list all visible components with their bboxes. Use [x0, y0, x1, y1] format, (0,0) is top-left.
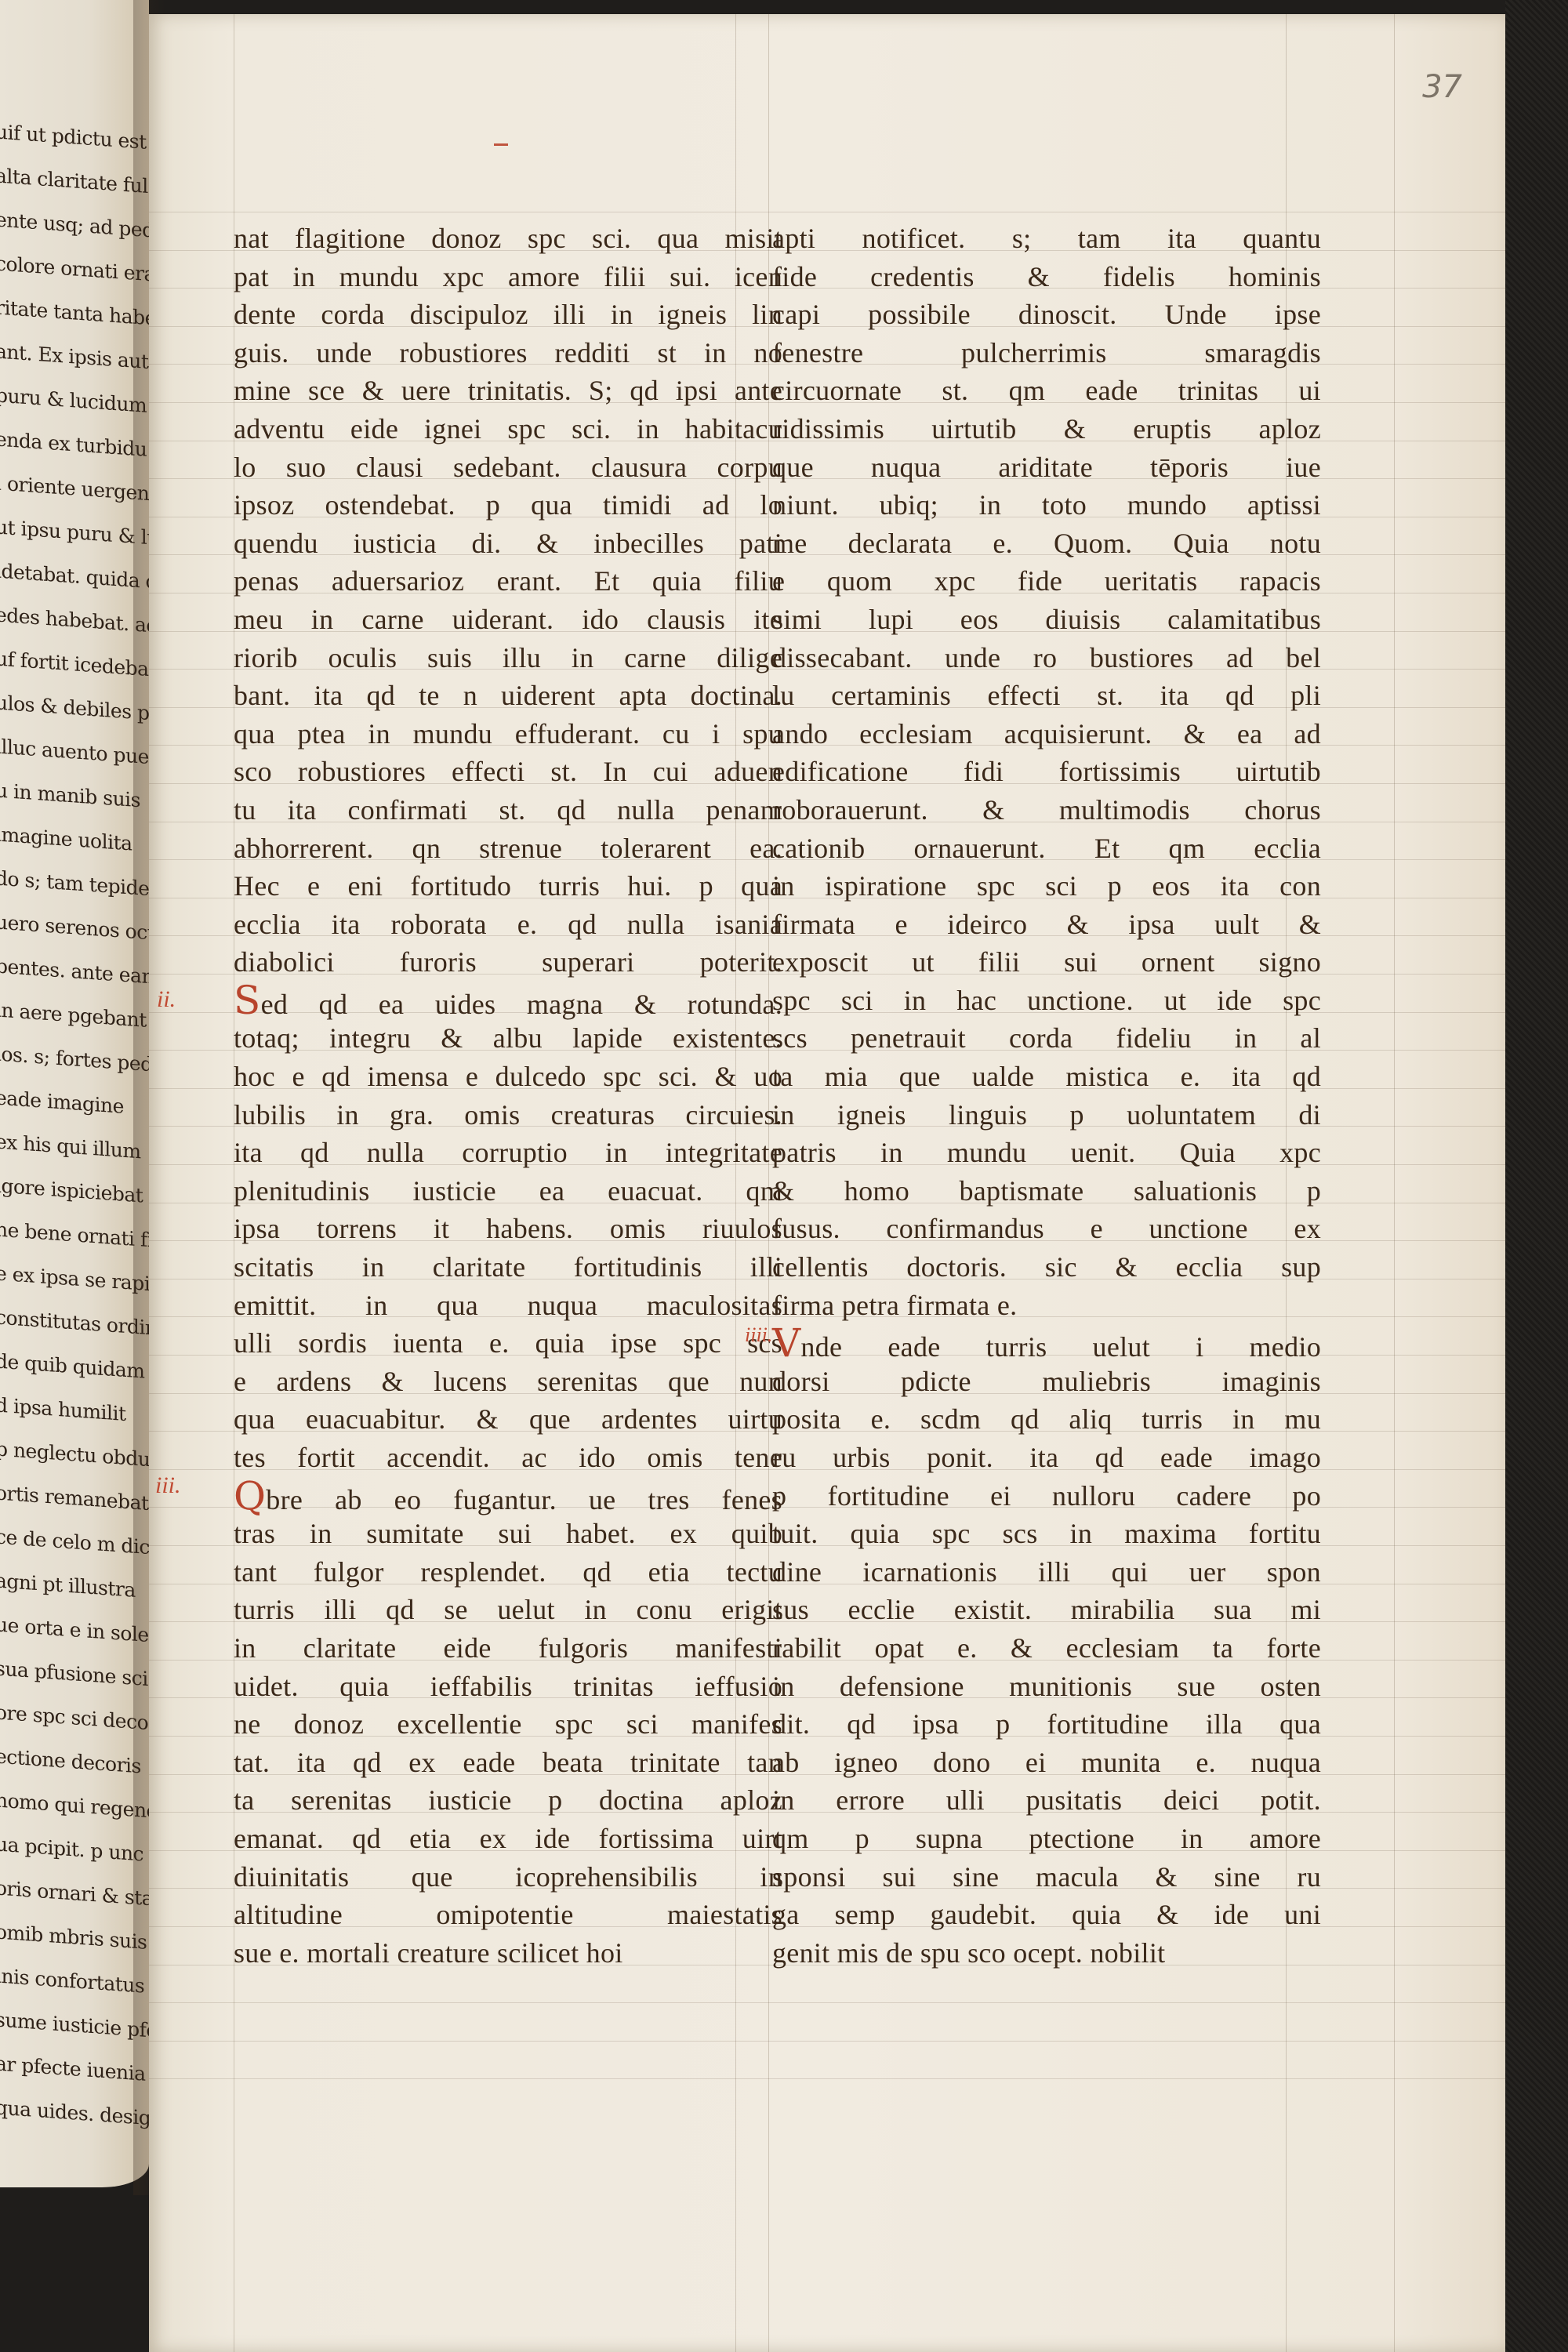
- text-line: guis. unde robustiores redditi st in no: [234, 334, 782, 372]
- text-line: apti notificet. s; tam ita quantu: [772, 220, 1321, 258]
- text-line: emanat. qd etia ex ide fortissima uirt: [234, 1820, 782, 1858]
- ruling-line: [149, 212, 1505, 212]
- marginal-numeral-ii: ii.: [157, 986, 176, 1013]
- text-line: sus ecclie existit. mirabilia sua mi: [772, 1591, 1321, 1629]
- text-line: Vnde eade turris uelut i medio: [772, 1324, 1321, 1363]
- text-line: fusus. confirmandus e unctione ex: [772, 1210, 1321, 1248]
- text-line-content: lo suo clausi sedebant. clausura corpu: [234, 452, 782, 483]
- text-line-content: turris illi qd se uelut in conu erigit: [234, 1594, 782, 1625]
- text-line-content: lubilis in gra. omis creaturas circuies.: [234, 1099, 782, 1131]
- text-line-content: ta serenitas iusticie p doctina aploz: [234, 1784, 782, 1816]
- text-line: dine icarnationis illi qui uer spon: [772, 1553, 1321, 1592]
- text-line-content: ta mia que ualde mistica e. ita qd: [772, 1061, 1321, 1092]
- text-line: ne donoz excellentie spc sci manifes: [234, 1705, 782, 1744]
- text-line-content: patris in mundu uenit. Quia xpc: [772, 1137, 1321, 1168]
- text-line-content: fide credentis & fidelis hominis: [772, 261, 1321, 292]
- text-line-content: dit. qd ipsa p fortitudine illa qua: [772, 1708, 1321, 1740]
- text-line: riorib oculis suis illu in carne dilige: [234, 639, 782, 677]
- text-line: tat. ita qd ex eade beata trinitate tan: [234, 1744, 782, 1782]
- text-line: sponsi sui sine macula & sine ru: [772, 1858, 1321, 1896]
- text-line-content: tu ita confirmati st. qd nulla penam: [234, 794, 782, 826]
- text-line-content: ipsoz ostendebat. p qua timidi ad lo: [234, 489, 782, 521]
- text-line: dissecabant. unde ro bustiores ad bel: [772, 639, 1321, 677]
- text-line: Hec e eni fortitudo turris hui. p qua: [234, 867, 782, 906]
- text-line-content: qm p supna ptectione in amore: [772, 1823, 1321, 1854]
- text-line-content: Hec e eni fortitudo turris hui. p qua: [234, 870, 782, 902]
- verso-text-line: ue orta e in sole: [0, 1613, 144, 1646]
- text-line-content: firma petra firmata e.: [772, 1290, 1017, 1321]
- text-line-content: ab igneo dono ei munita e. nuqua: [772, 1747, 1321, 1778]
- text-line: spc sci in hac unctione. ut ide spc: [772, 982, 1321, 1020]
- text-line: turris illi qd se uelut in conu erigit: [234, 1591, 782, 1629]
- text-line: dente corda discipuloz illi in igneis li…: [234, 296, 782, 334]
- text-line-content: tes fortit accendit. ac ido omis tene: [234, 1442, 782, 1473]
- ruling-line: [149, 2041, 1505, 2042]
- verso-text-line: p neglectu obdu: [0, 1437, 144, 1470]
- verso-text-line: los. s; fortes pede: [0, 1042, 144, 1075]
- text-line-content: uidet. quia ieffabilis trinitas ieffusio: [234, 1671, 782, 1702]
- rubricated-initial: V: [772, 1320, 800, 1366]
- verso-text-line: enda ex turbidu: [0, 427, 144, 460]
- text-line-content: emanat. qd etia ex ide fortissima uirt: [234, 1823, 782, 1854]
- text-line-content: me declarata e. Quom. Quia notu: [772, 528, 1321, 559]
- text-line: cationib ornauerunt. Et qm ecclia: [772, 829, 1321, 868]
- text-line: uidet. quia ieffabilis trinitas ieffusio: [234, 1668, 782, 1706]
- text-line: in igneis linguis p uoluntatem di: [772, 1096, 1321, 1134]
- text-line: in defensione munitionis sue osten: [772, 1668, 1321, 1706]
- text-line: lubilis in gra. omis creaturas circuies.: [234, 1096, 782, 1134]
- text-line-content: scs penetrauit corda fideliu in al: [772, 1022, 1321, 1054]
- text-line: in claritate eide fulgoris manifesti: [234, 1629, 782, 1668]
- verso-text-line: ex his qui illum: [0, 1130, 144, 1163]
- text-line-content: ita qd nulla corruptio in integritate: [234, 1137, 782, 1168]
- verso-text-line: ritate tanta haben: [0, 296, 144, 328]
- verso-text-line: puru & lucidum: [0, 383, 144, 416]
- text-line-content: sus ecclie existit. mirabilia sua mi: [772, 1594, 1321, 1625]
- text-line: plenitudinis iusticie ea euacuat. qm: [234, 1172, 782, 1210]
- text-line: firma petra firmata e.: [772, 1287, 1321, 1325]
- marginal-numeral-iii: iii.: [155, 1472, 181, 1499]
- text-line: posita e. scdm qd aliq turris in mu: [772, 1400, 1321, 1439]
- text-line-content: dente corda discipuloz illi in igneis li…: [234, 299, 782, 330]
- text-line: dorsi pdicte muliebris imaginis: [772, 1363, 1321, 1401]
- verso-text-line: sume iusticie pfe: [0, 2008, 144, 2041]
- text-line-content: plenitudinis iusticie ea euacuat. qm: [234, 1175, 782, 1207]
- text-line-content: posita e. scdm qd aliq turris in mu: [772, 1403, 1321, 1435]
- verso-text-line: uf fortit icedebat: [0, 647, 144, 680]
- text-line: sco robustiores effecti st. In cui aduen: [234, 753, 782, 791]
- text-line-content: ando ecclesiam acquisierunt. & ea ad: [772, 718, 1321, 750]
- text-line-content: abhorrerent. qn strenue tolerarent ea.: [234, 833, 782, 864]
- verso-text-line: ente usq; ad pedes: [0, 208, 144, 241]
- text-line-content: cellentis doctoris. sic & ecclia sup: [772, 1251, 1321, 1283]
- text-line: pat in mundu xpc amore filii sui. icen: [234, 258, 782, 296]
- rubricated-initial: Q: [234, 1473, 266, 1519]
- text-line-content: edificatione fidi fortissimis uirtutib: [772, 756, 1321, 787]
- text-line-content: mine sce & uere trinitatis. S; qd ipsi a…: [234, 375, 782, 406]
- text-line: firmata e ideirco & ipsa uult &: [772, 906, 1321, 944]
- verso-text-line: uero serenos ocul: [0, 910, 144, 943]
- verso-text-line: idetabat. quida cla: [0, 559, 144, 592]
- text-line: Sed qd ea uides magna & rotunda.: [234, 982, 782, 1020]
- text-line-content: dine icarnationis illi qui uer spon: [772, 1556, 1321, 1588]
- verso-text-line: oris ornari & sta: [0, 1876, 144, 1909]
- text-line: scitatis in claritate fortitudinis illi: [234, 1248, 782, 1287]
- text-line-content: nde eade turris uelut i medio: [800, 1331, 1321, 1363]
- text-line: dit. qd ipsa p fortitudine illa qua: [772, 1705, 1321, 1744]
- text-line-content: simi lupi eos diuisis calamitatibus: [772, 604, 1321, 635]
- text-line: circuornate st. qm eade trinitas ui: [772, 372, 1321, 410]
- text-line: tant fulgor resplendet. qd etia tectu: [234, 1553, 782, 1592]
- text-line-content: in defensione munitionis sue osten: [772, 1671, 1321, 1702]
- text-line-content: nat flagitione donoz spc sci. qua misit: [234, 223, 782, 254]
- verso-text-line: eade imagine: [0, 1086, 144, 1119]
- text-line-content: tras in sumitate sui habet. ex quib: [234, 1518, 782, 1549]
- text-line-content: & homo baptismate saluationis p: [772, 1175, 1321, 1207]
- verso-text-line: d ipsa humilit: [0, 1393, 144, 1426]
- verso-text-line: constitutas ordin: [0, 1305, 144, 1338]
- text-line: emittit. in qua nuqua maculositas: [234, 1287, 782, 1325]
- verso-text-line: illuc auento pue: [0, 735, 144, 768]
- verso-text-line: lgore ispiciebat: [0, 1174, 144, 1207]
- text-line-content: tat. ita qd ex eade beata trinitate tan: [234, 1747, 782, 1778]
- verso-text-line: do s; tam tepide: [0, 866, 144, 899]
- text-line-content: dissecabant. unde ro bustiores ad bel: [772, 642, 1321, 673]
- text-line: qua euacuabitur. & que ardentes uirtu: [234, 1400, 782, 1439]
- text-line: patris in mundu uenit. Quia xpc: [772, 1134, 1321, 1172]
- text-line-content: dorsi pdicte muliebris imaginis: [772, 1366, 1321, 1397]
- verso-text-line: edes habebat. ac i: [0, 603, 144, 636]
- text-line: ipsoz ostendebat. p qua timidi ad lo: [234, 486, 782, 524]
- text-line-content: rabilit opat e. & ecclesiam ta forte: [772, 1632, 1321, 1664]
- text-line: niunt. ubiq; in toto mundo aptissi: [772, 486, 1321, 524]
- text-line-content: ru urbis ponit. ita qd eade imago: [772, 1442, 1321, 1473]
- text-line-content: scitatis in claritate fortitudinis illi: [234, 1251, 782, 1283]
- text-line-content: quendu iusticia di. & inbecilles pati: [234, 528, 782, 559]
- text-line-content: in ispiratione spc sci p eos ita con: [772, 870, 1321, 902]
- text-line: hoc e qd imensa e dulcedo spc sci. & uo: [234, 1058, 782, 1096]
- text-line-content: diuinitatis que icoprehensibilis in: [234, 1861, 782, 1893]
- text-line: ulli sordis iuenta e. quia ipse spc scs: [234, 1324, 782, 1363]
- rubric-mark: [494, 143, 508, 146]
- text-line-content: pat in mundu xpc amore filii sui. icen: [234, 261, 782, 292]
- text-line: rabilit opat e. & ecclesiam ta forte: [772, 1629, 1321, 1668]
- text-line: sue e. mortali creature scilicet hoi: [234, 1934, 782, 1973]
- text-column-right: apti notificet. s; tam ita quantufide cr…: [772, 220, 1321, 1972]
- text-line: adventu eide ignei spc sci. in habitacu: [234, 410, 782, 448]
- text-line-content: spc sci in hac unctione. ut ide spc: [772, 985, 1321, 1016]
- text-line: tuit. quia spc scs in maxima fortitu: [772, 1515, 1321, 1553]
- text-line: Qbre ab eo fugantur. ue tres fenes: [234, 1477, 782, 1515]
- text-line-content: adventu eide ignei spc sci. in habitacu: [234, 413, 782, 445]
- text-line: quendu iusticia di. & inbecilles pati: [234, 524, 782, 563]
- text-line: e ardens & lucens serenitas que nun: [234, 1363, 782, 1401]
- text-line: ta mia que ualde mistica e. ita qd: [772, 1058, 1321, 1096]
- text-line-content: bant. ita qd te n uiderent apta doctina.: [234, 680, 782, 711]
- verso-text-line: omib mbris suis: [0, 1920, 144, 1953]
- verso-text-line: ectione decoris: [0, 1744, 144, 1777]
- text-line-content: ridissimis uirtutib & eruptis aploz: [772, 413, 1321, 445]
- text-line-content: penas aduersarioz erant. Et quia filiu: [234, 565, 782, 597]
- text-line-content: in errore ulli pusitatis deici potit.: [772, 1784, 1321, 1816]
- text-line: e quom xpc fide ueritatis rapacis: [772, 562, 1321, 601]
- text-line: cellentis doctoris. sic & ecclia sup: [772, 1248, 1321, 1287]
- text-line: & homo baptismate saluationis p: [772, 1172, 1321, 1210]
- text-line-content: tant fulgor resplendet. qd etia tectu: [234, 1556, 782, 1588]
- text-line-content: e ardens & lucens serenitas que nun: [234, 1366, 782, 1397]
- text-line: bant. ita qd te n uiderent apta doctina.: [234, 677, 782, 715]
- text-line-content: sue e. mortali creature scilicet hoi: [234, 1937, 623, 1969]
- text-line-content: que nuqua ariditate tēporis iue: [772, 452, 1321, 483]
- text-line: tes fortit accendit. ac ido omis tene: [234, 1439, 782, 1477]
- text-line-content: circuornate st. qm eade trinitas ui: [772, 375, 1321, 406]
- text-line-content: diabolici furoris superari poterit.: [234, 946, 782, 978]
- text-line: capi possibile dinoscit. Unde ipse: [772, 296, 1321, 334]
- verso-text-line: qua uides. desig: [0, 2096, 144, 2129]
- verso-text-line: ua pcipit. p unc: [0, 1832, 144, 1865]
- verso-text-line: ortis remanebat: [0, 1481, 144, 1514]
- text-line: penas aduersarioz erant. Et quia filiu: [234, 562, 782, 601]
- text-line: me declarata e. Quom. Quia notu: [772, 524, 1321, 563]
- ruling-line: [149, 2002, 1505, 2003]
- text-line: ridissimis uirtutib & eruptis aploz: [772, 410, 1321, 448]
- text-line: que nuqua ariditate tēporis iue: [772, 448, 1321, 487]
- verso-text-line: e ex ipsa se rapien: [0, 1261, 144, 1294]
- text-line: altitudine omipotentie maiestatis: [234, 1896, 782, 1934]
- verso-text-line: l oriente uergent: [0, 471, 144, 504]
- text-line: mine sce & uere trinitatis. S; qd ipsi a…: [234, 372, 782, 410]
- verso-text-line: ulos & debiles pe: [0, 691, 144, 724]
- text-line: ecclia ita roborata e. qd nulla isania: [234, 906, 782, 944]
- verso-text-line: ore spc sci decora: [0, 1700, 144, 1733]
- text-line-content: cationib ornauerunt. Et qm ecclia: [772, 833, 1321, 864]
- verso-text-line: ut ipsu puru & lu: [0, 515, 144, 548]
- verso-text-line: alta claritate fulgen: [0, 164, 144, 197]
- verso-text-line: ce de celo m dicen: [0, 1525, 144, 1558]
- verso-text-line: ant. Ex ipsis aut: [0, 339, 144, 372]
- verso-text-line: sua pfusione sci: [0, 1657, 144, 1690]
- text-line-content: totaq; integru & albu lapide existente.: [234, 1022, 782, 1054]
- text-line: p fortitudine ei nulloru cadere po: [772, 1477, 1321, 1515]
- verso-text-line: ar pfecte iuenia: [0, 2052, 144, 2085]
- verso-text-line: u in manib suis: [0, 779, 144, 811]
- text-line: ita qd nulla corruptio in integritate: [234, 1134, 782, 1172]
- text-line-content: p fortitudine ei nulloru cadere po: [772, 1480, 1321, 1512]
- text-line: in ispiratione spc sci p eos ita con: [772, 867, 1321, 906]
- text-line: scs penetrauit corda fideliu in al: [772, 1019, 1321, 1058]
- text-line-content: meu in carne uiderant. ido clausis ite: [234, 604, 782, 635]
- text-line: exposcit ut filii sui ornent signo: [772, 943, 1321, 982]
- verso-text-line: in aere pgebant: [0, 998, 144, 1031]
- text-line: tu ita confirmati st. qd nulla penam: [234, 791, 782, 829]
- text-line-content: firmata e ideirco & ipsa uult &: [772, 909, 1321, 940]
- text-line-content: in igneis linguis p uoluntatem di: [772, 1099, 1321, 1131]
- text-line-content: guis. unde robustiores redditi st in no: [234, 337, 782, 368]
- text-line: diabolici furoris superari poterit.: [234, 943, 782, 982]
- verso-text-line: homo qui regene: [0, 1788, 144, 1821]
- text-line-content: ipsa torrens it habens. omis riuulos: [234, 1213, 782, 1244]
- text-line: totaq; integru & albu lapide existente.: [234, 1019, 782, 1058]
- text-line: genit mis de spu sco ocept. nobilit: [772, 1934, 1321, 1973]
- text-line-content: ed qd ea uides magna & rotunda.: [261, 989, 782, 1020]
- text-line: qm p supna ptectione in amore: [772, 1820, 1321, 1858]
- text-line-content: ga semp gaudebit. quia & ide uni: [772, 1899, 1321, 1930]
- text-line-content: fusus. confirmandus e unctione ex: [772, 1213, 1321, 1244]
- text-line-content: in claritate eide fulgoris manifesti: [234, 1632, 782, 1664]
- text-line: ru urbis ponit. ita qd eade imago: [772, 1439, 1321, 1477]
- verso-text-line: de quib quidam: [0, 1349, 144, 1382]
- text-line-content: apti notificet. s; tam ita quantu: [772, 223, 1321, 254]
- recto-page: 37 nat flagitione donoz spc sci. qua mis…: [149, 14, 1505, 2352]
- text-line-content: capi possibile dinoscit. Unde ipse: [772, 299, 1321, 330]
- text-line-content: ecclia ita roborata e. qd nulla isania: [234, 909, 782, 940]
- text-line-content: sco robustiores effecti st. In cui aduen: [234, 756, 782, 787]
- text-line: in errore ulli pusitatis deici potit.: [772, 1781, 1321, 1820]
- text-line-content: niunt. ubiq; in toto mundo aptissi: [772, 489, 1321, 521]
- text-line-content: genit mis de spu sco ocept. nobilit: [772, 1937, 1165, 1969]
- text-line: ab igneo dono ei munita e. nuqua: [772, 1744, 1321, 1782]
- text-line-content: ne donoz excellentie spc sci manifes: [234, 1708, 782, 1740]
- text-line-content: bre ab eo fugantur. ue tres fenes: [266, 1484, 782, 1515]
- verso-text-line: colore ornati erat: [0, 252, 144, 285]
- text-line: nat flagitione donoz spc sci. qua misit: [234, 220, 782, 258]
- text-line: edificatione fidi fortissimis uirtutib: [772, 753, 1321, 791]
- text-line: ando ecclesiam acquisierunt. & ea ad: [772, 715, 1321, 753]
- text-line: simi lupi eos diuisis calamitatibus: [772, 601, 1321, 639]
- text-line-content: ulli sordis iuenta e. quia ipse spc scs: [234, 1327, 782, 1359]
- text-line: roborauerunt. & multimodis chorus: [772, 791, 1321, 829]
- text-line: tras in sumitate sui habet. ex quib: [234, 1515, 782, 1553]
- text-line: ga semp gaudebit. quia & ide uni: [772, 1896, 1321, 1934]
- text-line-content: hoc e qd imensa e dulcedo spc sci. & uo: [234, 1061, 782, 1092]
- verso-text-line: uif ut pdictu est: [0, 120, 144, 153]
- text-line-content: emittit. in qua nuqua maculositas: [234, 1290, 782, 1321]
- text-line-content: tuit. quia spc scs in maxima fortitu: [772, 1518, 1321, 1549]
- text-line: ta serenitas iusticie p doctina aploz: [234, 1781, 782, 1820]
- text-line-content: altitudine omipotentie maiestatis: [234, 1899, 782, 1930]
- book-binding: [1505, 0, 1568, 2352]
- folio-number: 37: [1422, 69, 1462, 105]
- verso-text-line: inis confortatus: [0, 1964, 144, 1997]
- text-column-left: nat flagitione donoz spc sci. qua misitp…: [234, 220, 782, 1972]
- text-line-content: qua ptea in mundu effuderant. cu i spu: [234, 718, 782, 750]
- verso-text-line: bentes. ante eande: [0, 954, 144, 987]
- text-line-content: qua euacuabitur. & que ardentes uirtu: [234, 1403, 782, 1435]
- text-line-content: exposcit ut filii sui ornent signo: [772, 946, 1321, 978]
- text-line: abhorrerent. qn strenue tolerarent ea.: [234, 829, 782, 868]
- text-line: fide credentis & fidelis hominis: [772, 258, 1321, 296]
- text-line: lo suo clausi sedebant. clausura corpu: [234, 448, 782, 487]
- text-line-content: lu certaminis effecti st. ita qd pli: [772, 680, 1321, 711]
- text-line-content: e quom xpc fide ueritatis rapacis: [772, 565, 1321, 597]
- text-line: meu in carne uiderant. ido clausis ite: [234, 601, 782, 639]
- text-line-content: sponsi sui sine macula & sine ru: [772, 1861, 1321, 1893]
- text-line-content: fenestre pulcherrimis smaragdis: [772, 337, 1321, 368]
- verso-page-fragment: uif ut pdictu estalta claritate fulgenen…: [0, 0, 149, 2187]
- ruling-line: [149, 2078, 1505, 2079]
- verso-text-line: agni pt illustra: [0, 1569, 144, 1602]
- verso-text-line: ne bene ornati fi: [0, 1218, 144, 1250]
- marginal-numeral-iiii: iiii.: [745, 1323, 772, 1347]
- text-line: diuinitatis que icoprehensibilis in: [234, 1858, 782, 1896]
- text-line: lu certaminis effecti st. ita qd pli: [772, 677, 1321, 715]
- text-line: fenestre pulcherrimis smaragdis: [772, 334, 1321, 372]
- text-line: ipsa torrens it habens. omis riuulos: [234, 1210, 782, 1248]
- text-line-content: roborauerunt. & multimodis chorus: [772, 794, 1321, 826]
- text-line: qua ptea in mundu effuderant. cu i spu: [234, 715, 782, 753]
- text-line-content: riorib oculis suis illu in carne dilige: [234, 642, 782, 673]
- rubricated-initial: S: [234, 978, 261, 1023]
- verso-text-line: imagine uolita: [0, 822, 144, 855]
